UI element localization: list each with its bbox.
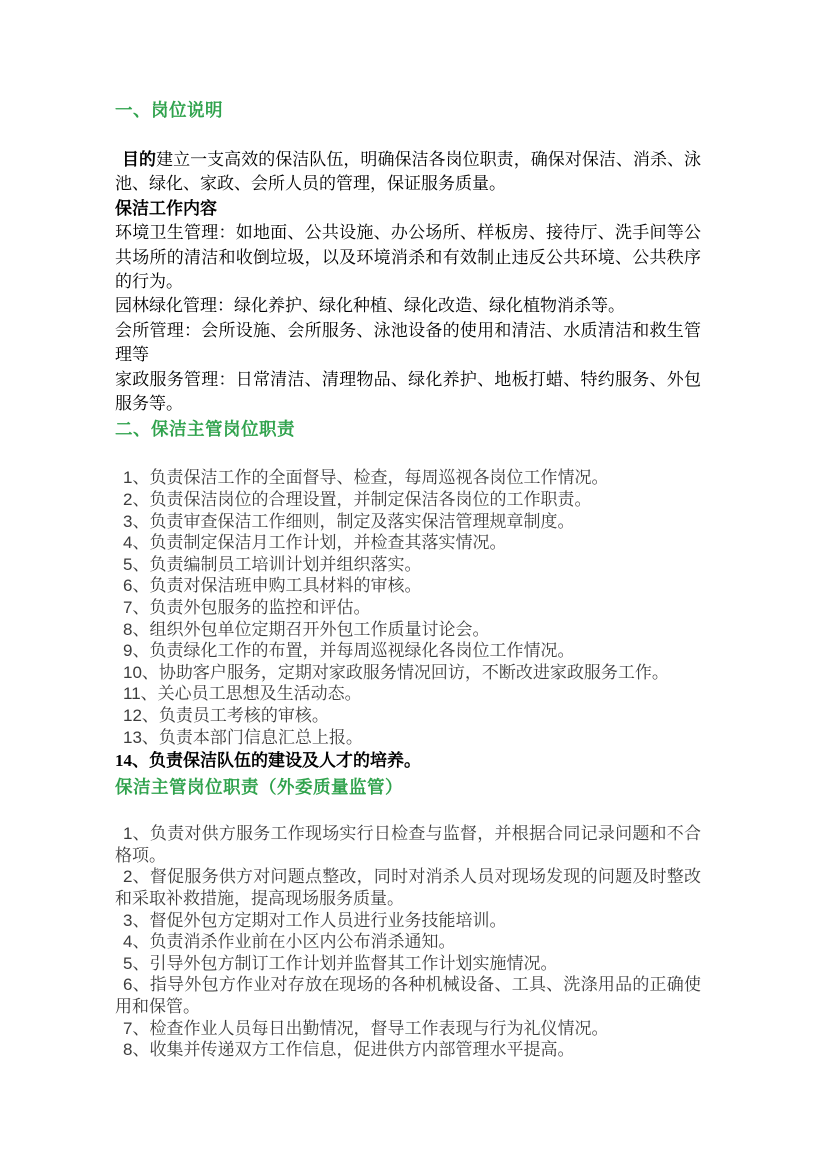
duty-item-8: 8、组织外包单位定期召开外包工作质量讨论会。 bbox=[115, 619, 701, 641]
duty-item-4: 4、负责制定保洁月工作计划，并检查其落实情况。 bbox=[115, 532, 701, 554]
duty-item-13: 13、负责本部门信息汇总上报。 bbox=[115, 727, 701, 749]
work-content-heading: 保洁工作内容 bbox=[115, 197, 701, 221]
outsourcing-item-6: 6、指导外包方作业对存放在现场的各种机械设备、工具、洗涤用品的正确使用和保管。 bbox=[115, 974, 701, 1017]
housekeeping-paragraph: 家政服务管理：日常清洁、清理物品、绿化养护、地板打蜡、特约服务、外包服务等。 bbox=[115, 368, 701, 417]
purpose-text: 建立一支高效的保洁队伍，明确保洁各岗位职责，确保对保洁、消杀、泳池、绿化、家政、… bbox=[115, 150, 701, 193]
section-1-heading: 一、岗位说明 bbox=[115, 100, 701, 121]
purpose-label: 目的 bbox=[122, 150, 156, 169]
duty-item-12: 12、负责员工考核的审核。 bbox=[115, 705, 701, 727]
outsourcing-item-8: 8、收集并传递双方工作信息，促进供方内部管理水平提高。 bbox=[115, 1039, 701, 1061]
duty-item-2: 2、负责保洁岗位的合理设置，并制定保洁各岗位的工作职责。 bbox=[115, 489, 701, 511]
duty-item-5: 5、负责编制员工培训计划并组织落实。 bbox=[115, 554, 701, 576]
outsourcing-heading: 保洁主管岗位职责（外委质量监管） bbox=[115, 777, 701, 798]
duty-item-11: 11、关心员工思想及生活动态。 bbox=[115, 683, 701, 705]
outsourcing-item-3: 3、督促外包方定期对工作人员进行业务技能培训。 bbox=[115, 910, 701, 932]
supervisor-duties-list: 1、负责保洁工作的全面督导、检查，每周巡视各岗位工作情况。 2、负责保洁岗位的合… bbox=[115, 467, 701, 773]
env-hygiene-paragraph: 环境卫生管理：如地面、公共设施、办公场所、样板房、接待厅、洗手间等公共场所的清洁… bbox=[115, 221, 701, 294]
section-2-heading: 二、保洁主管岗位职责 bbox=[115, 419, 701, 440]
outsourcing-duties-list: 1、负责对供方服务工作现场实行日检查与监督，并根据合同记录问题和不合格项。 2、… bbox=[115, 823, 701, 1061]
document-page: 一、岗位说明 目的建立一支高效的保洁队伍，明确保洁各岗位职责，确保对保洁、消杀、… bbox=[0, 0, 826, 1169]
duty-item-3: 3、负责审查保洁工作细则，制定及落实保洁管理规章制度。 bbox=[115, 511, 701, 533]
outsourcing-item-5: 5、引导外包方制订工作计划并监督其工作计划实施情况。 bbox=[115, 953, 701, 975]
outsourcing-item-4: 4、负责消杀作业前在小区内公布消杀通知。 bbox=[115, 931, 701, 953]
clubhouse-paragraph: 会所管理：会所设施、会所服务、泳池设备的使用和清洁、水质清洁和救生管理等 bbox=[115, 319, 701, 368]
outsourcing-item-1: 1、负责对供方服务工作现场实行日检查与监督，并根据合同记录问题和不合格项。 bbox=[115, 823, 701, 866]
duty-item-10: 10、协助客户服务，定期对家政服务情况回访，不断改进家政服务工作。 bbox=[115, 662, 701, 684]
outsourcing-item-7: 7、检查作业人员每日出勤情况，督导工作表现与行为礼仪情况。 bbox=[115, 1018, 701, 1040]
garden-greening-paragraph: 园林绿化管理：绿化养护、绿化种植、绿化改造、绿化植物消杀等。 bbox=[115, 294, 701, 318]
duty-item-1: 1、负责保洁工作的全面督导、检查，每周巡视各岗位工作情况。 bbox=[115, 467, 701, 489]
outsourcing-item-2: 2、督促服务供方对问题点整改，同时对消杀人员对现场发现的问题及时整改和采取补救措… bbox=[115, 866, 701, 909]
duty-item-9: 9、负责绿化工作的布置，并每周巡视绿化各岗位工作情况。 bbox=[115, 640, 701, 662]
duty-item-14: 14、负责保洁队伍的建设及人才的培养。 bbox=[115, 749, 701, 773]
purpose-paragraph: 目的建立一支高效的保洁队伍，明确保洁各岗位职责，确保对保洁、消杀、泳池、绿化、家… bbox=[115, 148, 701, 197]
duty-item-7: 7、负责外包服务的监控和评估。 bbox=[115, 597, 701, 619]
duty-item-6: 6、负责对保洁班申购工具材料的审核。 bbox=[115, 575, 701, 597]
